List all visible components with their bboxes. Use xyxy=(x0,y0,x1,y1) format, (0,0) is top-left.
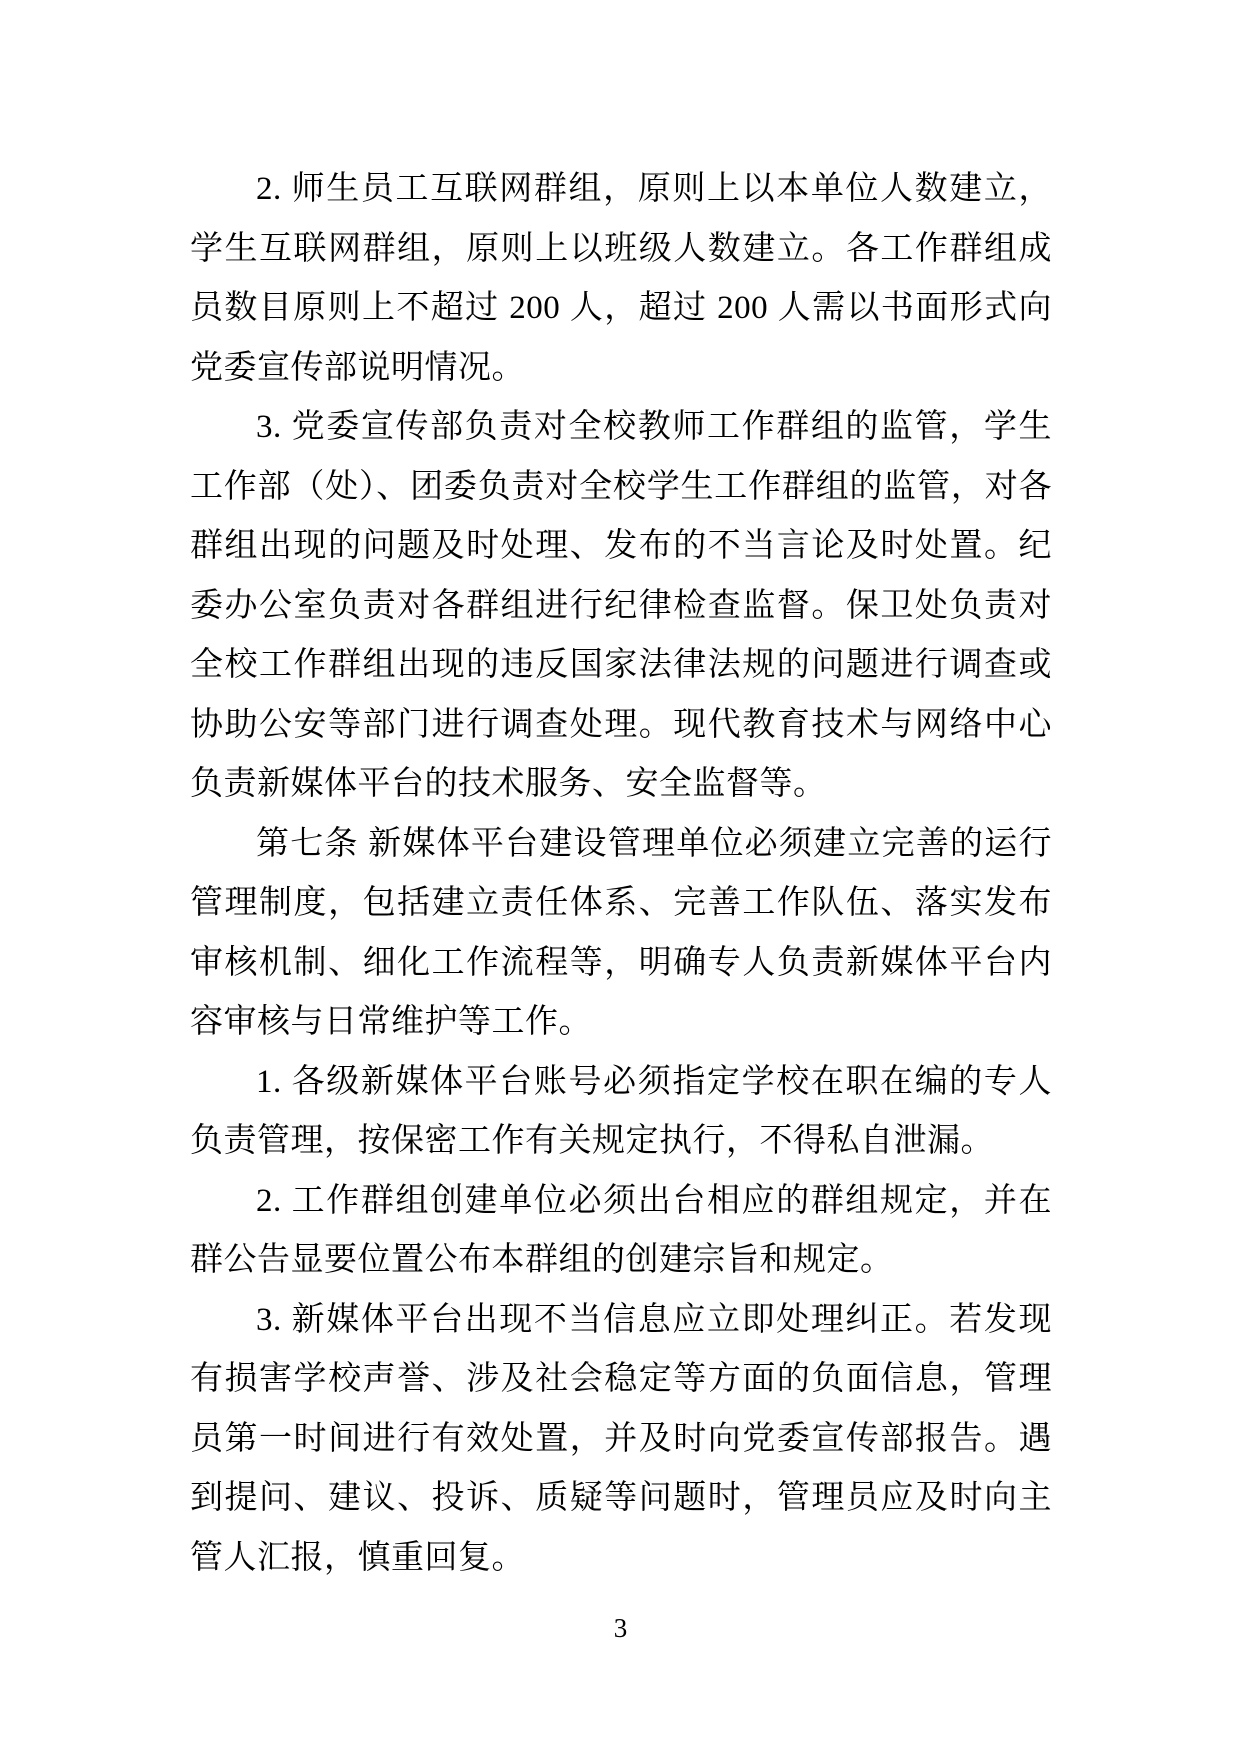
paragraph-group-rules: 2. 工作群组创建单位必须出台相应的群组规定，并在群公告显要位置公布本群组的创建… xyxy=(190,1172,1052,1291)
paragraph-account-management: 1. 各级新媒体平台账号必须指定学校在职在编的专人负责管理，按保密工作有关规定执… xyxy=(190,1053,1052,1172)
document-page: 2. 师生员工互联网群组，原则上以本单位人数建立，学生互联网群组，原则上以班级人… xyxy=(0,0,1241,1755)
paragraph-article-seven: 第七条 新媒体平台建设管理单位必须建立完善的运行管理制度，包括建立责任体系、完善… xyxy=(190,815,1052,1053)
paragraph-group-member-limit: 2. 师生员工互联网群组，原则上以本单位人数建立，学生互联网群组，原则上以班级人… xyxy=(190,160,1052,398)
paragraph-supervision-duties: 3. 党委宣传部负责对全校教师工作群组的监管，学生工作部（处）、团委负责对全校学… xyxy=(190,398,1052,815)
paragraph-incident-handling: 3. 新媒体平台出现不当信息应立即处理纠正。若发现有损害学校声誉、涉及社会稳定等… xyxy=(190,1291,1052,1589)
page-number: 3 xyxy=(0,1612,1241,1644)
document-body: 2. 师生员工互联网群组，原则上以本单位人数建立，学生互联网群组，原则上以班级人… xyxy=(190,160,1052,1588)
